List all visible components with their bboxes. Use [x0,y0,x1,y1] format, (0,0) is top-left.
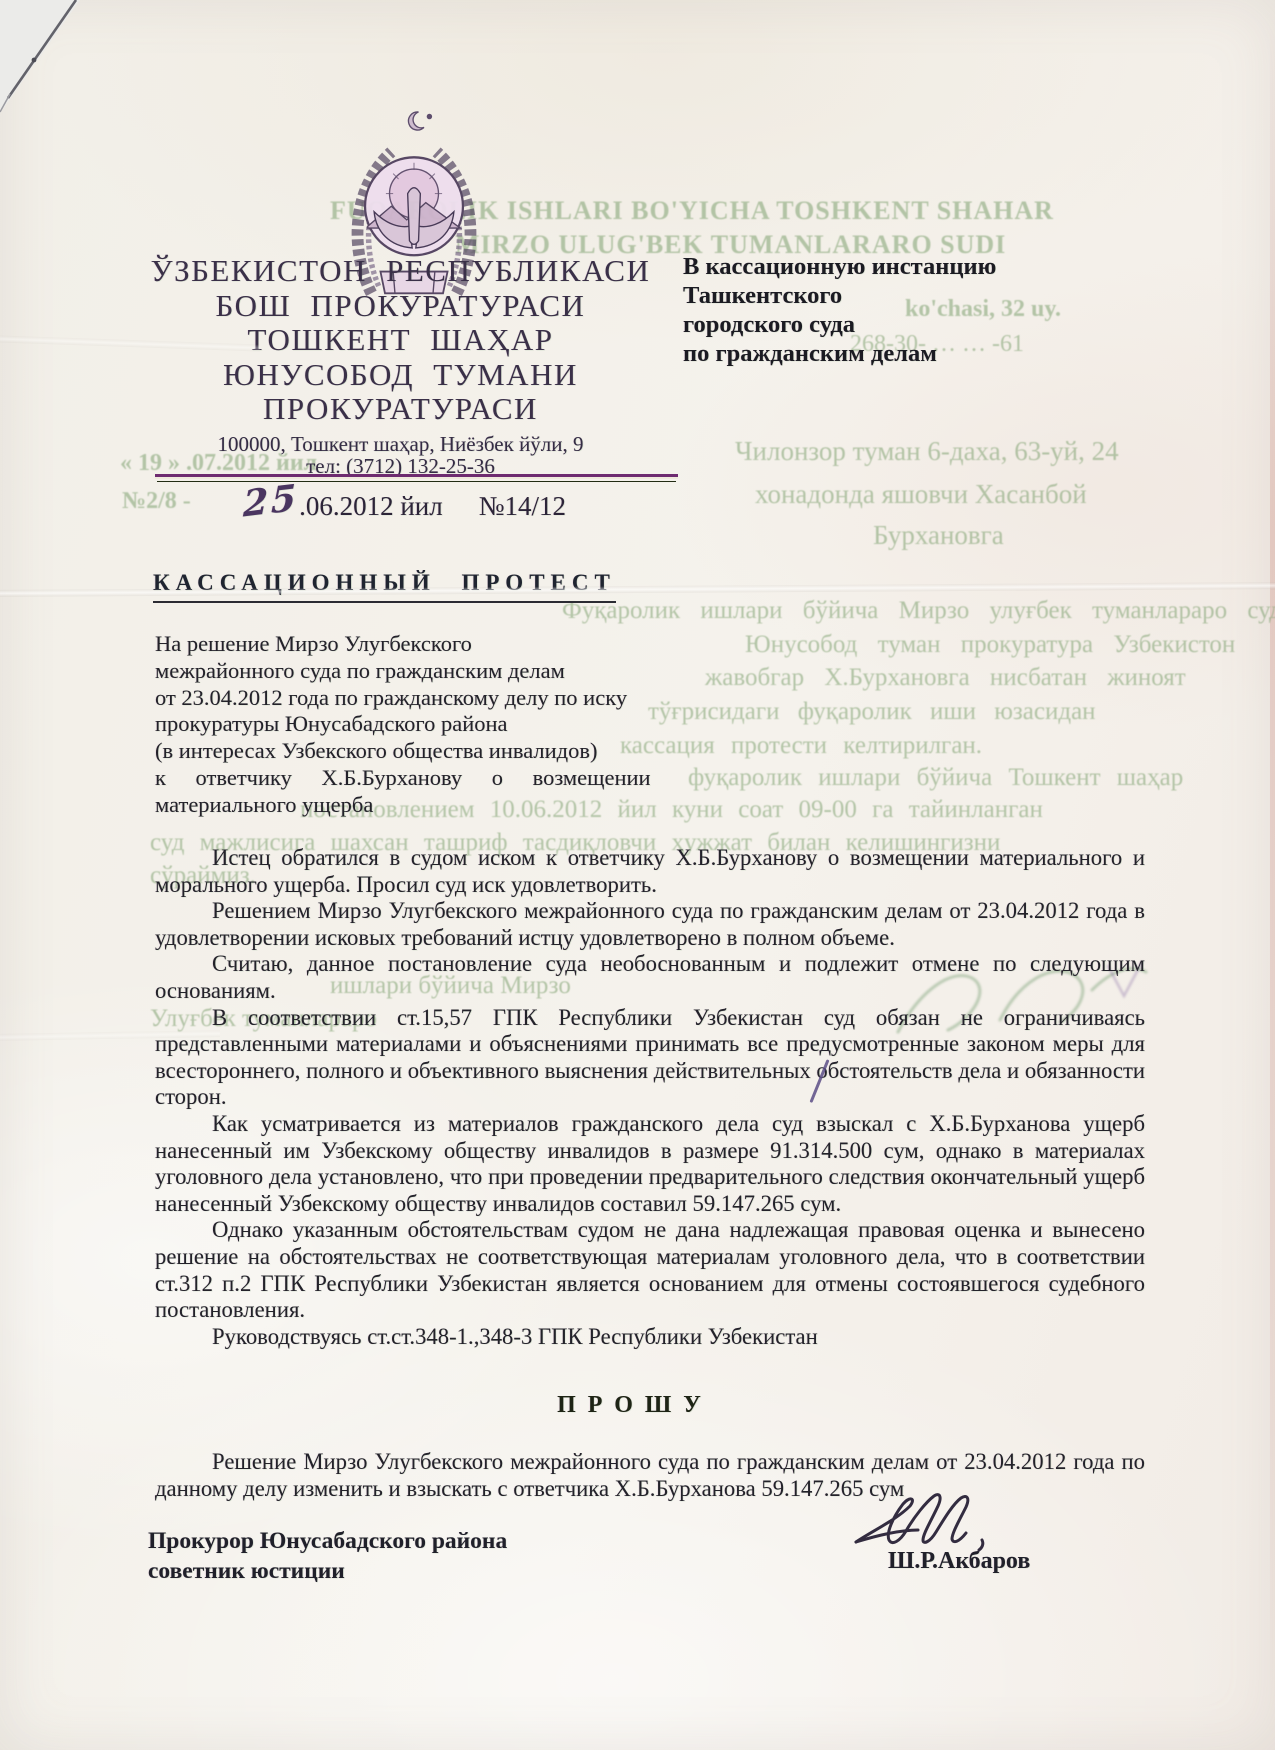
addressee-line: по гражданским делам [683,339,1043,368]
org-name-line: ПРОКУРАТУРАСИ [128,392,673,427]
addressee-block: В кассационную инстанцию Ташкентского го… [683,252,1043,368]
addressee-line: В кассационную инстанцию [683,252,1043,281]
signer-role-line: Прокурор Юнусабадского района [148,1526,507,1556]
caption-line: от 23.04.2012 года по гражданскому делу … [155,685,795,712]
org-name-line: ЮНУСОБОД ТУМАНИ [128,358,673,393]
body-paragraph: Истец обратился в судом иском к ответчик… [155,845,1145,898]
caption-line: межрайонного суда по гражданским делам [155,658,795,685]
body-paragraph: Решением Мирзо Улугбекского межрайонного… [155,898,1145,951]
org-name-line: БОШ ПРОКУРАТУРАСИ [128,289,673,324]
caption-line: прокуратуры Юнусабадского района [155,711,795,738]
caption-line: материального ущерба [155,792,795,819]
caption-line: На решение Мирзо Улугбекского [155,631,795,658]
handwritten-day: 25 [243,476,299,525]
signer-role-line: советник юстиции [148,1556,507,1586]
bleedthrough-recipient-line: хонадонда яшовчи Хасанбой [755,479,1087,510]
body-paragraph: В соответствии ст.15,57 ГПК Республики У… [155,1005,1145,1111]
document-body: Истец обратился в судом иском к ответчик… [155,845,1145,1350]
scanned-legal-document: FUQAROLIK ISHLARI BO'YICHA TOSHKENT SHAH… [0,0,1275,1750]
org-address: 100000, Тошкент шаҳар, Ниёзбек йўли, 9 [128,433,673,455]
document-number: №14/12 [479,491,566,522]
addressee-line: городского суда [683,310,1043,339]
body-paragraph: Как усматривается из материалов гражданс… [155,1111,1145,1217]
bleedthrough-verso-line: Юнусобод туман прокуратура Узбекистон [745,631,1235,659]
signature [852,1490,1032,1556]
letterhead: ЎЗБЕКИСТОН РЕСПУБЛИКАСИ БОШ ПРОКУРАТУРАС… [128,254,673,477]
bleedthrough-recipient-line: Чилонзор туман 6-даха, 63-уй, 24 [735,436,1119,467]
caption-line: к ответчику Х.Б.Бурханову о возмещении [155,765,795,792]
bleedthrough-verso-line: Фуқаролик ишлари бўйича Мирзо улуғбек ту… [562,597,1275,625]
resolution-heading: ПРОШУ [155,1392,1115,1419]
signer-role: Прокурор Юнусабадского района советник ю… [148,1526,507,1586]
org-name-line: ЎЗБЕКИСТОН РЕСПУБЛИКАСИ [128,254,673,289]
org-name-line: ТОШКЕНТ ШАҲАР [128,323,673,358]
bleedthrough-recipient-line: Бурхановга [873,520,1004,551]
body-paragraph: Руководствуясь ст.ст.348-1.,348-3 ГПК Ре… [155,1324,1145,1351]
document-title: КАССАЦИОННЫЙ ПРОТЕСТ [153,570,616,603]
bleedthrough-reg-number: №2/8 - [122,488,191,515]
body-paragraph: Однако указанным обстоятельствам судом н… [155,1217,1145,1323]
body-paragraph: Считаю, данное постановление суда необос… [155,951,1145,1004]
printed-date: .06.2012 йил [299,491,443,522]
case-caption: На решение Мирзо Улугбекского межрайонно… [155,631,795,819]
letterhead-rule [155,474,678,479]
caption-line: (в интересах Узбекского общества инвалид… [155,738,795,765]
date-line: 25 .06.2012 йил №14/12 [243,482,566,524]
addressee-line: Ташкентского [683,281,1043,310]
page-corner-fold [0,0,95,125]
